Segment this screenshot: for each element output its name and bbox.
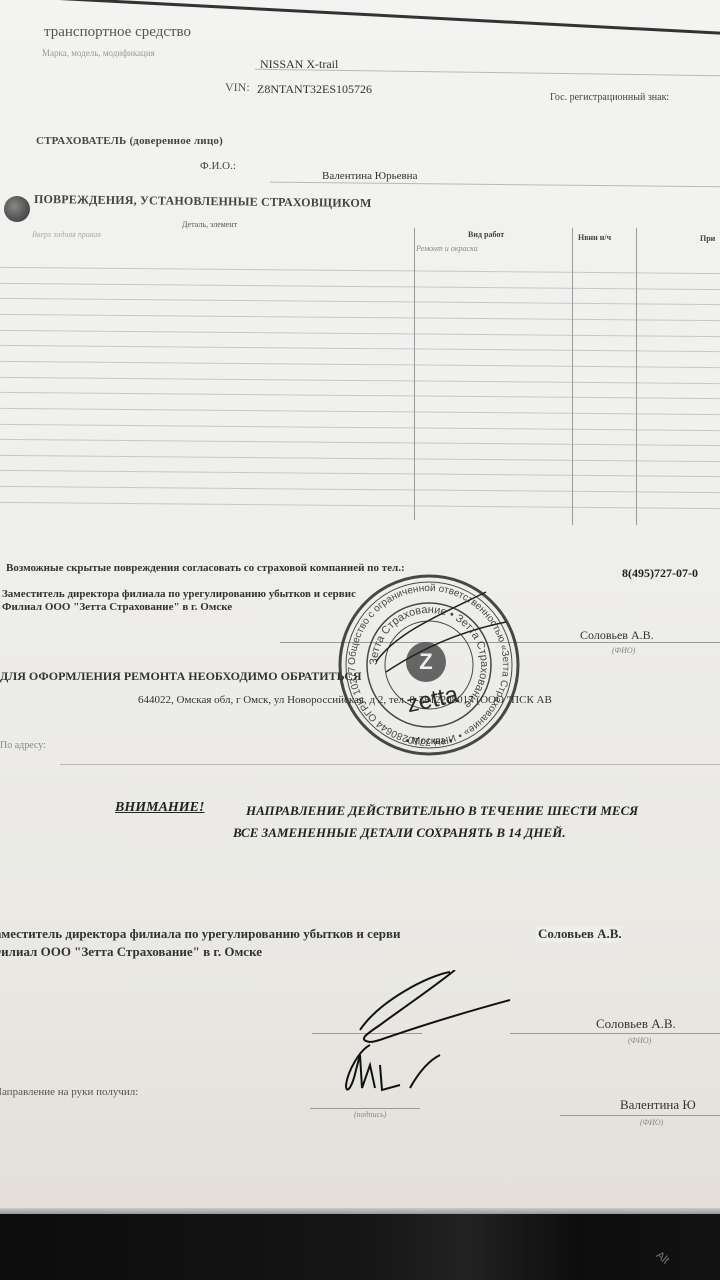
table-column-divider [414, 228, 415, 520]
signature-drawing [320, 970, 520, 1100]
receiver-name: Валентина Ю [620, 1097, 696, 1113]
signer1-branch: Филиал ООО "Зетта Страхование" в г. Омск… [2, 601, 232, 613]
column-work-type-sub: Ремонт и окраска [416, 244, 478, 253]
vehicle-section-title: транспортное средство [44, 24, 191, 41]
table-row [0, 361, 720, 368]
signer1-name-caption: (ФИО) [612, 646, 635, 655]
svg-text:Z: Z [419, 649, 432, 674]
table-row [0, 470, 720, 477]
fio-underline [270, 182, 720, 188]
stamp-brand: zetta [404, 681, 461, 718]
signer1-name: Соловьев А.В. [580, 628, 654, 643]
column-note: При [700, 234, 715, 243]
receiver-signature-line [310, 1108, 420, 1109]
fio-value: Валентина Юрьевна [322, 170, 417, 182]
receiver-name-caption: (ФИО) [640, 1118, 663, 1127]
column-part-sub: Вверх задняя правая [32, 230, 101, 239]
warning-label: ВНИМАНИЕ! [115, 800, 204, 816]
model-underline [255, 69, 720, 77]
warning-line2: ВСЕ ЗАМЕНЕННЫЕ ДЕТАЛИ СОХРАНЯТЬ В 14 ДНЕ… [233, 825, 566, 841]
signer2-name-caption: (ФИО) [628, 1036, 651, 1045]
punch-hole [4, 196, 30, 222]
signer2-name-inline: Соловьев А.В. [536, 926, 622, 942]
signer2-name-line [510, 1033, 720, 1034]
document-page: транспортное средство Марка, модель, мод… [0, 0, 720, 1212]
vin-label: VIN: [225, 80, 250, 95]
model-label: Марка, модель, модификация [42, 48, 155, 58]
table-row [0, 392, 720, 399]
table-column-divider [572, 228, 573, 525]
address-underline [60, 764, 720, 765]
repair-title: ДЛЯ ОФОРМЛЕНИЯ РЕМОНТА НЕОБХОДИМО ОБРАТИ… [0, 669, 362, 684]
table-row [0, 423, 720, 430]
reg-plate-label: Гос. регистрационный знак: [550, 92, 669, 103]
receiver-name-line [560, 1115, 720, 1116]
desk-background [0, 1214, 720, 1280]
table-row [0, 345, 720, 352]
address-label: По адресу: [0, 740, 46, 751]
column-norm-hours: Нвнн н/ч [578, 233, 611, 242]
company-stamp: Общество с ограниченной ответственностью… [336, 572, 522, 758]
column-work-type: Вид работ [468, 230, 504, 239]
table-row [0, 329, 720, 336]
insured-section-title: СТРАХОВАТЕЛЬ (доверенное лицо) [36, 135, 223, 147]
table-row [0, 267, 720, 274]
vin-value: Z8NTANT32ES105726 [257, 82, 372, 97]
table-row [0, 439, 720, 446]
warning-line1: НАПРАВЛЕНИЕ ДЕЙСТВИТЕЛЬНО В ТЕЧЕНИЕ ШЕСТ… [246, 803, 638, 819]
damages-section-title: ПОВРЕЖДЕНИЯ, УСТАНОВЛЕННЫЕ СТРАХОВЩИКОМ [34, 192, 372, 211]
table-column-divider [636, 228, 637, 525]
column-part: Деталь, элемент [182, 220, 237, 229]
table-row [0, 408, 720, 415]
table-row [0, 282, 720, 289]
table-row [0, 298, 720, 305]
signer2-position: Заместитель директора филиала по урегули… [0, 926, 401, 942]
table-row [0, 502, 720, 509]
fio-label: Ф.И.О.: [200, 160, 236, 172]
table-row [0, 486, 720, 493]
stamp-city: • Москва • [406, 736, 453, 747]
signer1-position: Заместитель директора филиала по урегули… [2, 588, 356, 600]
table-row [0, 455, 720, 462]
receiver-signature-caption: (подпись) [354, 1110, 386, 1119]
hidden-damage-phone: 8(495)727-07-0 [622, 566, 698, 581]
table-row [0, 314, 720, 321]
table-row [0, 376, 720, 383]
signer2-branch: Филиал ООО "Зетта Страхование" в г. Омск… [0, 944, 262, 960]
signer2-name: Соловьев А.В. [596, 1016, 676, 1032]
receiver-label: Направление на руки получил: [0, 1086, 138, 1098]
